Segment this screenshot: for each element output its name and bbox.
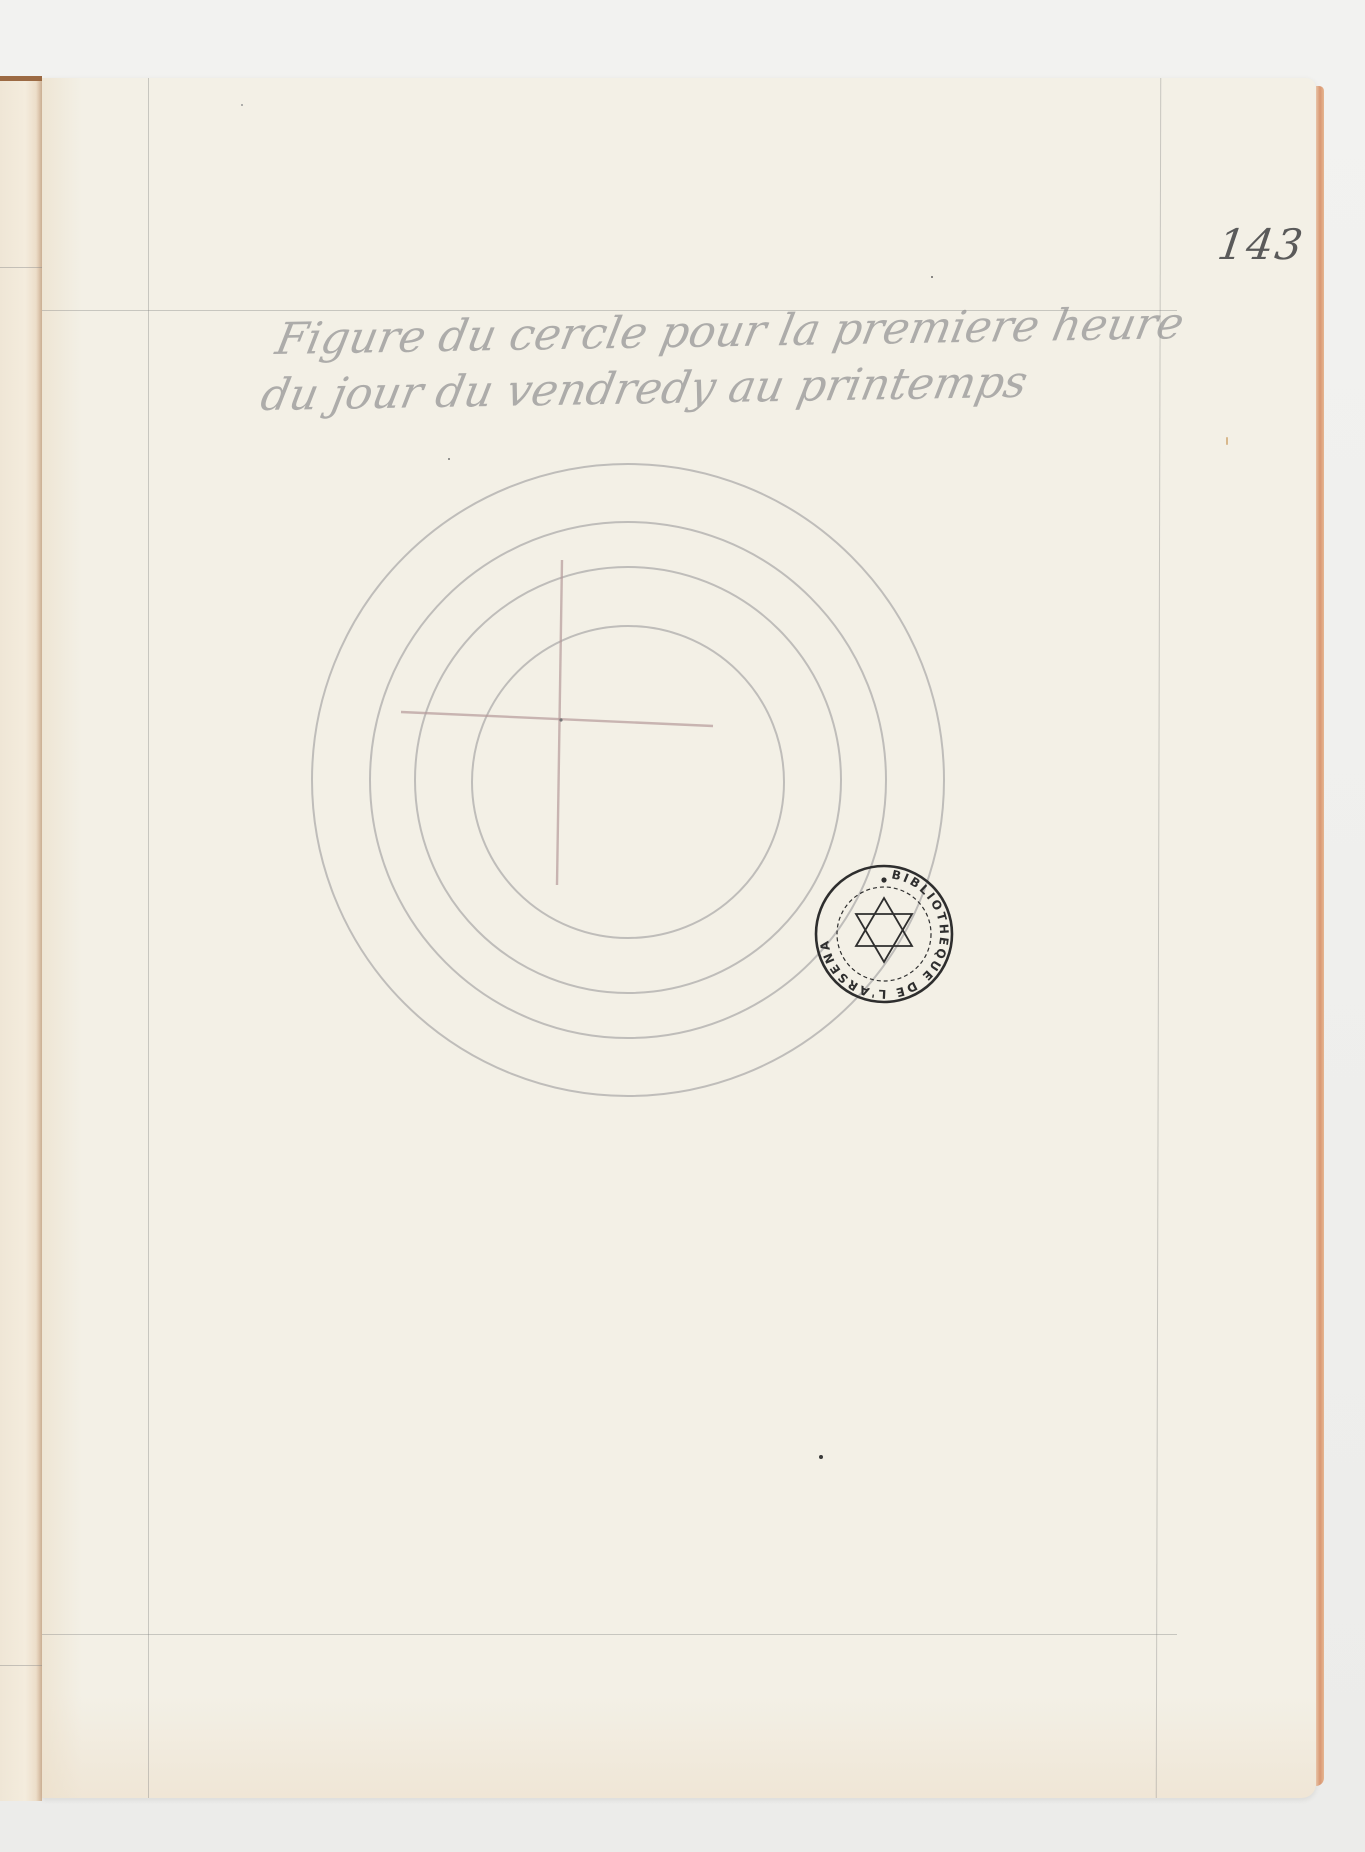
bottom-margin-rule: [42, 1634, 1177, 1635]
folio-number: 143: [1215, 220, 1308, 269]
left-margin-rule: [148, 78, 149, 1798]
second-circle: [415, 567, 841, 993]
cross-horizontal: [401, 712, 713, 726]
library-stamp: BIBLIOTHEQUE DE L'ARSENAL: [808, 858, 960, 1010]
six-pointed-star-icon: [856, 898, 912, 962]
pencil-rule: [0, 267, 42, 268]
cross-vertical: [557, 560, 562, 885]
page-red-edge: [1316, 86, 1324, 1786]
inner-circle: [472, 626, 784, 938]
facing-page-edge: [0, 76, 42, 1801]
figure-caption: Figure du cercle pour la premiere heure …: [260, 296, 1185, 424]
svg-text:BIBLIOTHEQUE DE L'ARSENAL: BIBLIOTHEQUE DE L'ARSENAL: [808, 858, 951, 1001]
pencil-rule: [0, 1665, 42, 1666]
stamp-text: BIBLIOTHEQUE DE L'ARSENAL: [808, 858, 951, 1001]
scan-background: 143 Figure du cercle pour la premiere he…: [0, 0, 1365, 1852]
